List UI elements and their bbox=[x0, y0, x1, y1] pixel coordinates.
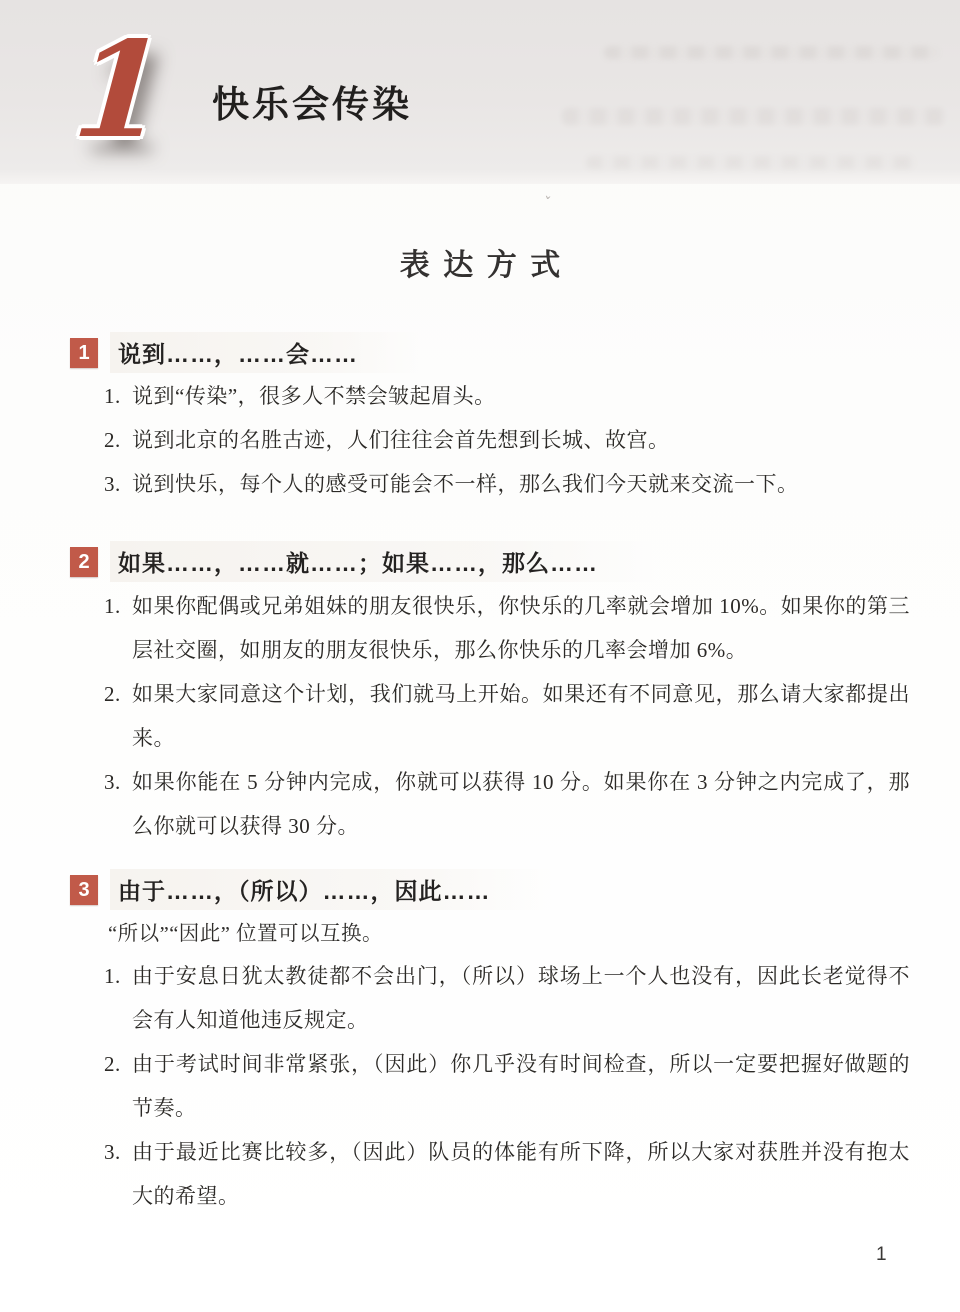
example-item-text: 由于最近比赛比较多，（因此）队员的体能有所下降，所以大家对获胜并没有抱太大的希望… bbox=[132, 1140, 910, 1208]
section-number-badge: 2 bbox=[70, 547, 98, 577]
example-item-number: 2. bbox=[104, 672, 121, 716]
section-2-header: 2 如果……，……就……；如果……，那么…… bbox=[70, 541, 658, 582]
example-item-text: 说到快乐，每个人的感受可能会不一样，那么我们今天就来交流一下。 bbox=[132, 472, 799, 496]
section-3-note: “所以”“因此” 位置可以互换。 bbox=[108, 916, 383, 946]
scan-pen-mark-artifact: ˇ bbox=[541, 193, 552, 212]
example-item-number: 3. bbox=[104, 760, 121, 804]
section-3-header: 3 由于……，（所以）……，因此…… bbox=[70, 869, 551, 910]
bleed-through-artifact bbox=[562, 108, 946, 125]
example-item: 1. 说到“传染”，很多人不禁会皱起眉头。 bbox=[104, 374, 910, 418]
example-item: 3. 说到快乐，每个人的感受可能会不一样，那么我们今天就来交流一下。 bbox=[104, 462, 910, 506]
example-item: 3. 如果你能在 5 分钟内完成，你就可以获得 10 分。如果你在 3 分钟之内… bbox=[104, 760, 910, 848]
example-item-number: 2. bbox=[104, 1042, 121, 1086]
example-item-number: 3. bbox=[104, 462, 121, 506]
example-item-text: 由于安息日犹太教徒都不会出门，（所以）球场上一个人也没有，因此长老觉得不会有人知… bbox=[132, 964, 910, 1032]
example-item: 1. 如果你配偶或兄弟姐妹的朋友很快乐，你快乐的几率就会增加 10%。如果你的第… bbox=[104, 584, 910, 672]
section-3-example-list: 1. 由于安息日犹太教徒都不会出门，（所以）球场上一个人也没有，因此长老觉得不会… bbox=[104, 954, 910, 1218]
example-item-text: 由于考试时间非常紧张，（因此）你几乎没有时间检查，所以一定要把握好做题的节奏。 bbox=[132, 1052, 910, 1120]
section-title: 由于……，（所以）……，因此…… bbox=[110, 869, 551, 910]
chapter-title: 快乐会传染 bbox=[212, 74, 412, 128]
section-title: 如果……，……就……；如果……，那么…… bbox=[110, 541, 658, 582]
section-1-example-list: 1. 说到“传染”，很多人不禁会皱起眉头。 2. 说到北京的名胜古迹，人们往往会… bbox=[104, 374, 910, 506]
page-heading: 表达方式 bbox=[0, 240, 960, 284]
example-item: 1. 由于安息日犹太教徒都不会出门，（所以）球场上一个人也没有，因此长老觉得不会… bbox=[104, 954, 910, 1042]
example-item-text: 如果大家同意这个计划，我们就马上开始。如果还有不同意见，那么请大家都提出来。 bbox=[132, 682, 910, 750]
page-number: 1 bbox=[876, 1244, 887, 1266]
example-item-text: 如果你能在 5 分钟内完成，你就可以获得 10 分。如果你在 3 分钟之内完成了… bbox=[132, 770, 910, 838]
bleed-through-artifact bbox=[604, 46, 940, 59]
section-2-example-list: 1. 如果你配偶或兄弟姐妹的朋友很快乐，你快乐的几率就会增加 10%。如果你的第… bbox=[104, 584, 910, 848]
example-item-number: 1. bbox=[104, 584, 121, 628]
example-item-number: 2. bbox=[104, 418, 121, 462]
example-item-number: 3. bbox=[104, 1130, 121, 1174]
section-number-badge: 3 bbox=[70, 875, 98, 905]
example-item-number: 1. bbox=[104, 374, 121, 418]
example-item: 2. 由于考试时间非常紧张，（因此）你几乎没有时间检查，所以一定要把握好做题的节… bbox=[104, 1042, 910, 1130]
example-item-text: 说到北京的名胜古迹，人们往往会首先想到长城、故宫。 bbox=[132, 428, 670, 452]
scanned-textbook-page: 1 快乐会传染 ˇ 表达方式 1 说到……，……会…… 1. 说到“传染”，很多… bbox=[0, 0, 960, 1312]
example-item: 3. 由于最近比赛比较多，（因此）队员的体能有所下降，所以大家对获胜并没有抱太大… bbox=[104, 1130, 910, 1218]
section-1-header: 1 说到……，……会…… bbox=[70, 332, 418, 373]
example-item: 2. 说到北京的名胜古迹，人们往往会首先想到长城、故宫。 bbox=[104, 418, 910, 462]
section-number-badge: 1 bbox=[70, 338, 98, 368]
section-title: 说到……，……会…… bbox=[110, 332, 418, 373]
bleed-through-artifact bbox=[586, 156, 916, 169]
example-item-number: 1. bbox=[104, 954, 121, 998]
chapter-number: 1 bbox=[69, 22, 171, 161]
example-item-text: 说到“传染”，很多人不禁会皱起眉头。 bbox=[132, 384, 496, 408]
example-item: 2. 如果大家同意这个计划，我们就马上开始。如果还有不同意见，那么请大家都提出来… bbox=[104, 672, 910, 760]
example-item-text: 如果你配偶或兄弟姐妹的朋友很快乐，你快乐的几率就会增加 10%。如果你的第三层社… bbox=[132, 594, 910, 662]
